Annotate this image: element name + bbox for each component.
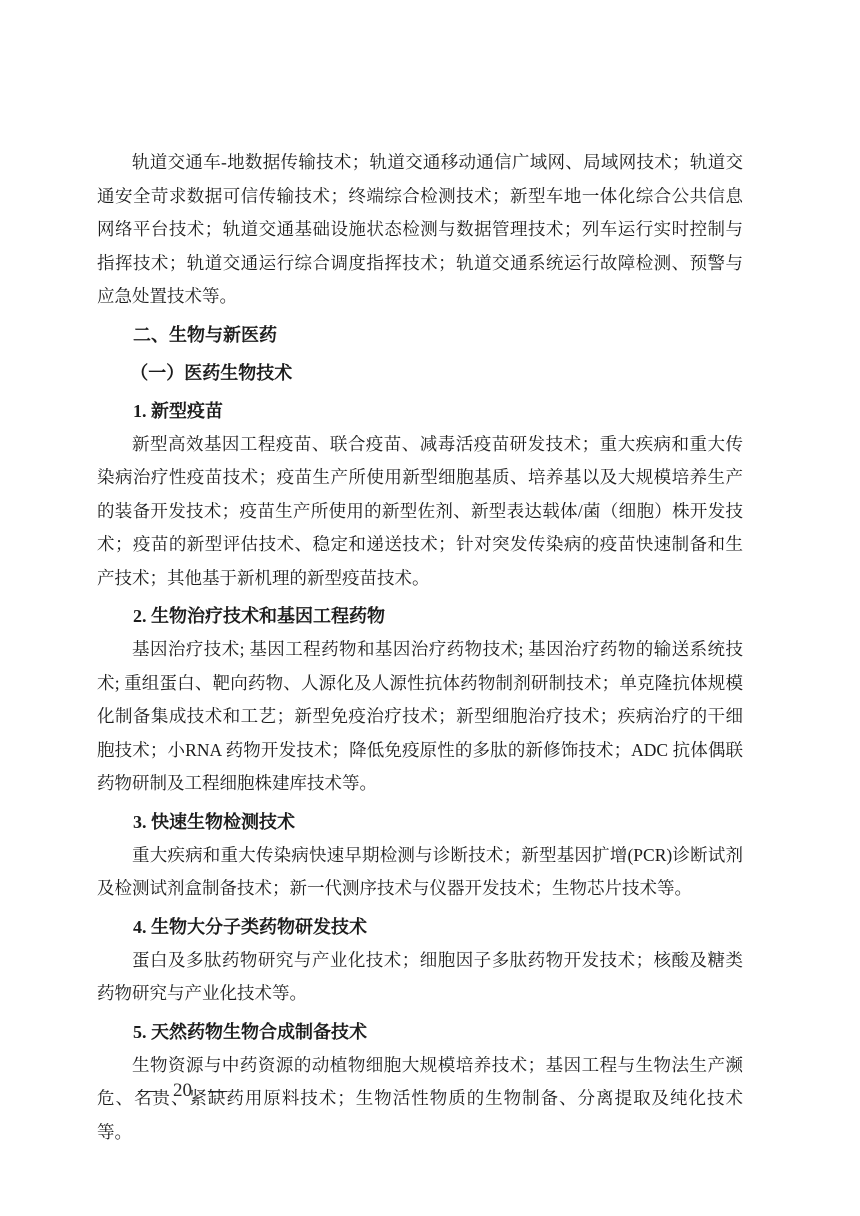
footer-left-dash: — (138, 1080, 157, 1102)
item-heading-biomacromolecule-drugs: 4. 生物大分子类药物研发技术 (97, 910, 743, 944)
page-footer: —20— (138, 1080, 227, 1102)
document-page-root: { "document": { "blocks": [ { "type": "p… (0, 0, 860, 1216)
item-heading-natural-drug-biosynthesis: 5. 天然药物生物合成制备技术 (97, 1015, 743, 1049)
paragraph-biotherapy-gene-drugs: 基因治疗技术; 基因工程药物和基因治疗药物技术; 基因治疗药物的输送系统技术; … (97, 633, 743, 801)
paragraph-rapid-bio-detection: 重大疾病和重大传染病快速早期检测与诊断技术；新型基因扩增(PCR)诊断试剂及检测… (97, 839, 743, 906)
paragraph-new-vaccines: 新型高效基因工程疫苗、联合疫苗、减毒活疫苗研发技术；重大疾病和重大传染病治疗性疫… (97, 428, 743, 596)
item-heading-rapid-bio-detection: 3. 快速生物检测技术 (97, 805, 743, 839)
footer-right-dash: — (208, 1080, 227, 1102)
paragraph-biomacromolecule-drugs: 蛋白及多肽药物研究与产业化技术；细胞因子多肽药物开发技术；核酸及糖类药物研究与产… (97, 944, 743, 1011)
document-page: 轨道交通车-地数据传输技术；轨道交通移动通信广域网、局域网技术；轨道交通安全苛求… (0, 0, 860, 1216)
item-heading-biotherapy-gene-drugs: 2. 生物治疗技术和基因工程药物 (97, 599, 743, 633)
item-heading-new-vaccines: 1. 新型疫苗 (97, 394, 743, 428)
section-heading-biology-new-medicine: 二、生物与新医药 (97, 318, 743, 352)
document-content: 轨道交通车-地数据传输技术；轨道交通移动通信广域网、局域网技术；轨道交通安全苛求… (97, 146, 743, 1149)
paragraph-rail-transit: 轨道交通车-地数据传输技术；轨道交通移动通信广域网、局域网技术；轨道交通安全苛求… (97, 146, 743, 314)
subsection-heading-medical-biotech: （一）医药生物技术 (97, 356, 743, 390)
page-number: 20 (173, 1080, 192, 1102)
